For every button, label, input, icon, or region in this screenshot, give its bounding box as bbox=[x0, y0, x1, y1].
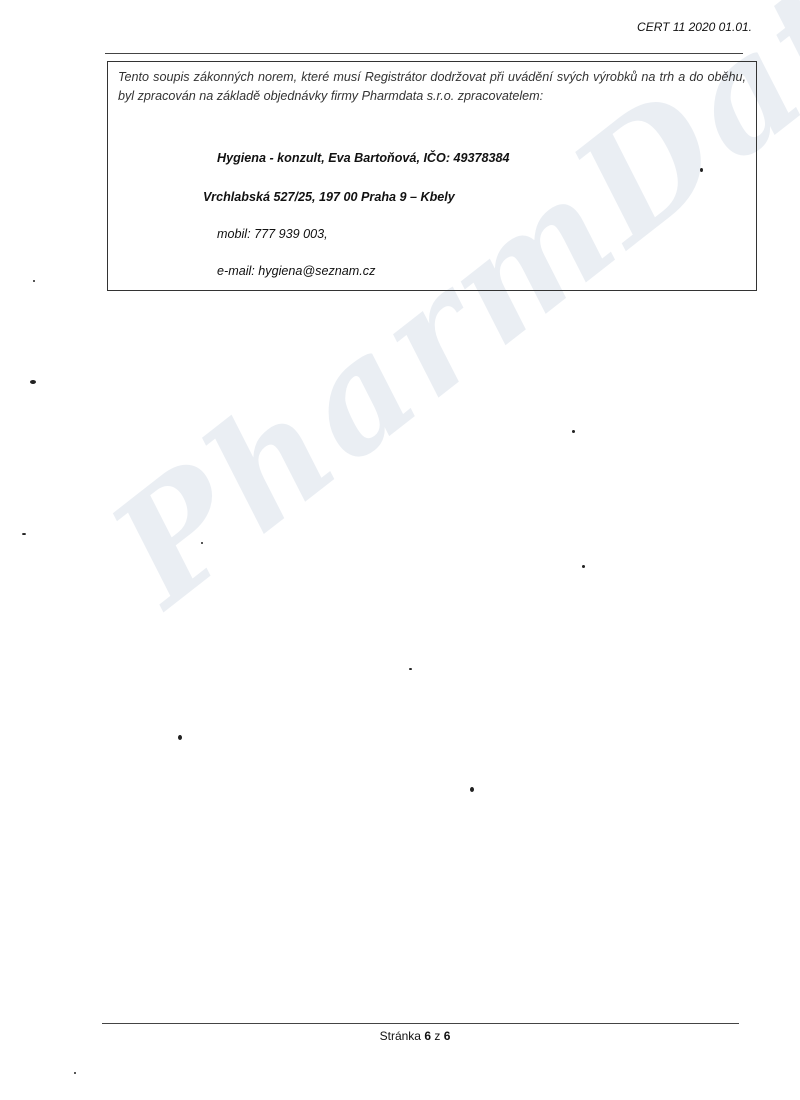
scan-speck bbox=[470, 787, 474, 792]
header-divider bbox=[105, 53, 743, 54]
contact-company: Hygiena - konzult, Eva Bartoňová, IČO: 4… bbox=[217, 151, 510, 165]
footer-divider bbox=[102, 1023, 739, 1024]
page-number: Stránka 6 z 6 bbox=[0, 1029, 800, 1043]
contact-address: Vrchlabská 527/25, 197 00 Praha 9 – Kbel… bbox=[203, 190, 455, 204]
contact-email: e-mail: hygiena@seznam.cz bbox=[217, 264, 375, 278]
scan-speck bbox=[201, 542, 203, 544]
scan-speck bbox=[409, 668, 412, 670]
contact-info-box: Tento soupis zákonných norem, které musí… bbox=[107, 61, 757, 291]
page-current: 6 bbox=[424, 1029, 431, 1043]
contact-phone: mobil: 777 939 003, bbox=[217, 227, 328, 241]
scan-speck bbox=[572, 430, 575, 433]
scan-speck bbox=[33, 280, 35, 282]
scan-speck bbox=[178, 735, 182, 740]
page-separator: z bbox=[434, 1029, 440, 1043]
document-code: CERT 11 2020 01.01. bbox=[637, 20, 752, 34]
scan-speck bbox=[22, 533, 26, 535]
scan-speck bbox=[30, 380, 36, 384]
page-label: Stránka bbox=[380, 1029, 421, 1043]
scan-speck bbox=[700, 168, 703, 172]
intro-paragraph: Tento soupis zákonných norem, které musí… bbox=[118, 68, 746, 105]
page-total: 6 bbox=[444, 1029, 451, 1043]
scan-speck bbox=[582, 565, 585, 568]
scan-speck bbox=[74, 1072, 76, 1074]
